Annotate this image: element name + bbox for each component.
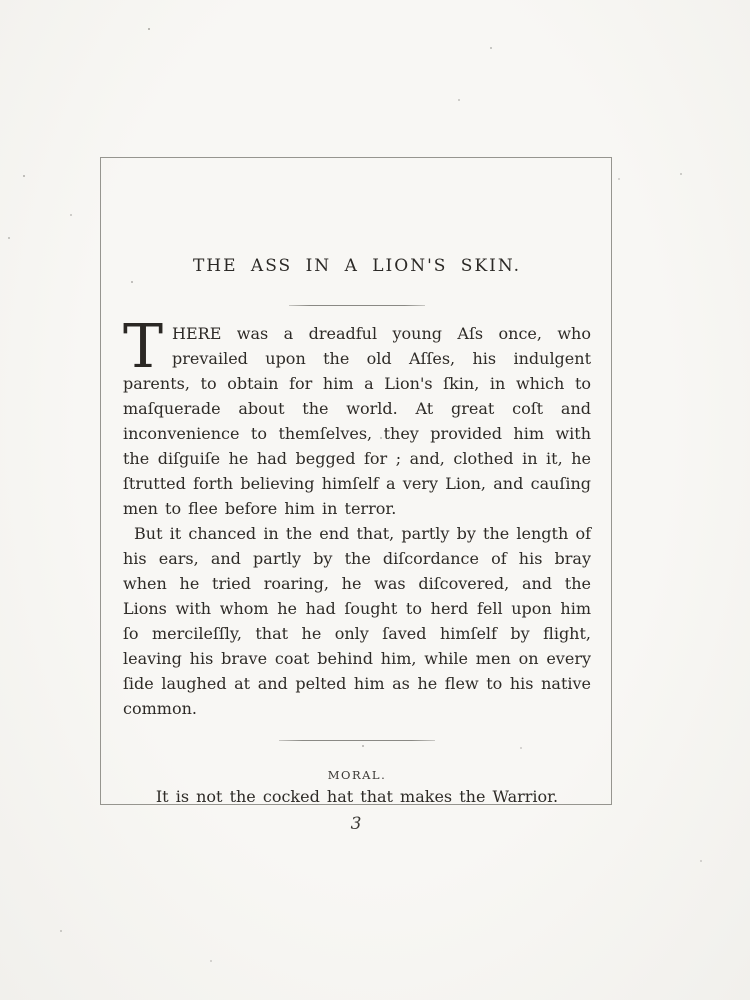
moral-heading: MORAL.: [123, 768, 591, 782]
drop-cap-letter: T: [123, 321, 172, 370]
page-number: 3: [100, 814, 612, 834]
moral-divider-rule: [279, 740, 435, 741]
moral-sentence: It is not the cocked hat that makes the …: [123, 787, 591, 806]
paragraph-1-text: HERE was a dreadful young Aſs once, who …: [123, 324, 591, 518]
paragraph-2: But it chanced in the end that, partly b…: [123, 521, 591, 721]
paper-specks: [148, 28, 150, 30]
text-frame-border: THE ASS IN A LION'S SKIN. THERE was a dr…: [100, 157, 612, 805]
fable-title: THE ASS IN A LION'S SKIN.: [123, 256, 591, 276]
fable-body: THERE was a dreadful young Aſs once, who…: [123, 321, 591, 721]
title-divider-rule: [289, 305, 425, 306]
scanned-book-page: THE ASS IN A LION'S SKIN. THERE was a dr…: [0, 0, 750, 1000]
paragraph-1: THERE was a dreadful young Aſs once, who…: [123, 321, 591, 521]
